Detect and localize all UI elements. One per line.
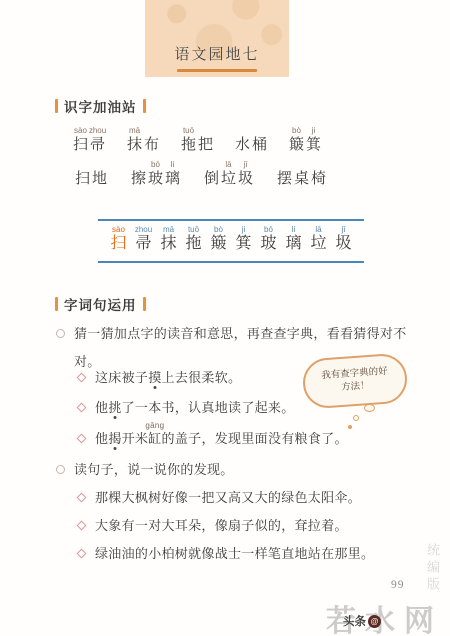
char-unit: mā抹: [126, 126, 143, 154]
char-unit: 摆: [276, 160, 293, 188]
char-unit: 把: [197, 126, 214, 154]
char-unit: mā抹: [160, 225, 178, 261]
orange-bar-icon: [143, 297, 146, 311]
sentence-text: 大象有一对大耳朵，像扇子似的，耷拉着。: [95, 517, 348, 534]
page-title: 语文园地七: [145, 43, 289, 64]
word-row-1: sào扫zhou帚 mā抹布 tuō拖把 水桶 bò簸ji箕: [72, 126, 322, 154]
char-unit: 桌: [293, 160, 310, 188]
bubble-tail-icon: [348, 425, 352, 429]
thought-bubble: 我有查字典的好方法！: [301, 352, 408, 409]
char-unit: 椅: [310, 160, 327, 188]
textbook-page: 语文园地七 识字加油站 sào扫zhou帚 mā抹布 tuō拖把 水桶 bò簸j…: [0, 0, 450, 636]
sentence-item: 大象有一对大耳朵，像扇子似的，耷拉着。: [78, 517, 348, 534]
sentence-item: 他挑了一本书，认真地读了起来。: [78, 399, 295, 416]
word-saozhou: sào扫zhou帚: [72, 126, 106, 154]
char-unit: li璃: [285, 225, 303, 261]
section1-label: 识字加油站: [64, 96, 137, 116]
char-unit: 扫: [74, 160, 91, 188]
circle-bullet-icon: [56, 329, 65, 338]
diamond-bullet-icon: [77, 521, 87, 531]
char-unit: ji箕: [305, 126, 322, 154]
word-caboli: 擦bō玻li璃: [130, 160, 181, 188]
char-unit: 擦: [130, 160, 147, 188]
sentence-text: 绿油油的小柏树就像战士一样笔直地站在那里。: [95, 545, 374, 562]
page-number: 99: [391, 579, 405, 591]
section2-label: 字词句运用: [64, 294, 137, 314]
char-unit: tuō拖: [185, 225, 203, 261]
char-unit: 桶: [251, 126, 268, 154]
orange-bar-icon: [55, 297, 58, 311]
char-unit: bò簸: [210, 225, 228, 261]
section-header-usage: 字词句运用: [55, 294, 146, 314]
header-band: 语文园地七: [145, 0, 289, 77]
char-unit: 水: [234, 126, 251, 154]
char-unit: zhou帚: [135, 225, 153, 261]
char-unit: tuō拖: [180, 126, 197, 154]
task2-prompt-text: 读句子，说一说你的发现。: [74, 456, 408, 484]
char-unit: bō玻: [147, 160, 164, 188]
bubble-tail-icon: [364, 404, 375, 412]
sentence-text: 他揭开米gāng缸的盖子，发现里面没有粮食了。: [95, 430, 348, 447]
sentence-text: 那棵大枫树好像一把又高又大的绿色太阳伞。: [95, 489, 361, 506]
char-unit: li璃: [164, 160, 181, 188]
sentence-text: 他挑了一本书，认真地读了起来。: [95, 399, 295, 416]
word-shuitong: 水桶: [234, 126, 268, 154]
sentence-item: 这床被子摸上去很柔软。: [78, 369, 241, 386]
char-unit: 地: [91, 160, 108, 188]
char-unit: bò簸: [288, 126, 305, 154]
sentence-item: 那棵大枫树好像一把又高又大的绿色太阳伞。: [78, 489, 361, 506]
diamond-bullet-icon: [77, 493, 87, 503]
char-unit: zhou帚: [89, 126, 106, 154]
char-unit: jī圾: [335, 225, 353, 261]
char-unit: ji箕: [235, 225, 253, 261]
sentence-item: 绿油油的小柏树就像战士一样笔直地站在那里。: [78, 545, 374, 562]
char-unit: 倒: [203, 160, 220, 188]
orange-bar-icon: [55, 99, 58, 113]
channel-watermark: 头条 @: [343, 613, 381, 629]
word-saodi: 扫地: [74, 160, 108, 188]
char-unit: sào扫: [110, 225, 128, 261]
channel-logo-icon: @: [368, 615, 381, 628]
char-unit: sào扫: [72, 126, 89, 154]
word-daolaji: 倒lā垃jī圾: [203, 160, 254, 188]
circle-bullet-icon: [56, 465, 65, 474]
diamond-bullet-icon: [77, 549, 87, 559]
char-unit: 布: [143, 126, 160, 154]
word-mabu: mā抹布: [126, 126, 160, 154]
title-underline: [177, 69, 257, 72]
channel-watermark-text: 头条: [343, 613, 366, 629]
edition-watermark: 统编版: [423, 543, 442, 594]
bubble-tail-icon: [353, 415, 359, 421]
thought-bubble-text: 我有查字典的好方法！: [318, 366, 392, 397]
sentence-text: 这床被子摸上去很柔软。: [95, 369, 241, 386]
sentence-item: 他揭开米gāng缸的盖子，发现里面没有粮食了。: [78, 430, 348, 447]
word-baizhuoyi: 摆桌椅: [276, 160, 327, 188]
word-boji: bò簸ji箕: [288, 126, 322, 154]
diamond-bullet-icon: [77, 373, 87, 383]
char-unit: lā垃: [220, 160, 237, 188]
diamond-bullet-icon: [77, 403, 87, 413]
word-tuoba: tuō拖把: [180, 126, 214, 154]
diamond-bullet-icon: [77, 434, 87, 444]
orange-bar-icon: [143, 99, 146, 113]
pinyin-character-box: sào扫zhou帚mā抹tuō拖bò簸ji箕bō玻li璃lā垃jī圾: [98, 219, 364, 263]
char-unit: lā垃: [310, 225, 328, 261]
char-unit: bō玻: [260, 225, 278, 261]
section-header-literacy: 识字加油站: [55, 96, 146, 116]
task2-prompt: 读句子，说一说你的发现。: [56, 456, 408, 484]
char-unit: jī圾: [237, 160, 254, 188]
word-row-2: 扫地 擦bō玻li璃 倒lā垃jī圾 摆桌椅: [74, 160, 327, 188]
